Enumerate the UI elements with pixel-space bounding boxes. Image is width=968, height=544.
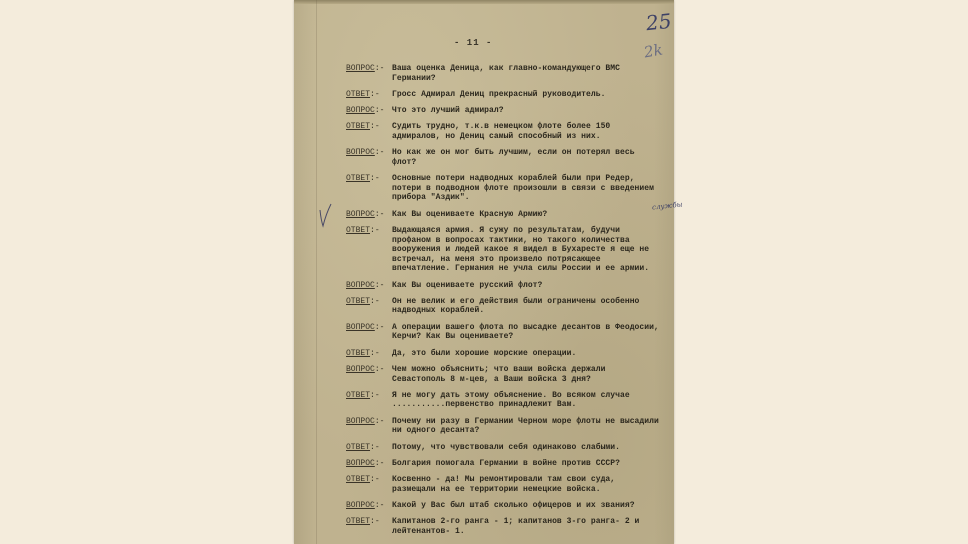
answer-entry: ОТВЕТ:- Потому, что чувствовали себя оди…: [346, 443, 662, 453]
entry-text: Почему ни разу в Германии Черном море фл…: [392, 417, 662, 436]
speaker-label: ВОПРОС:-: [346, 459, 392, 469]
question-entry: ВОПРОС:- А операции вашего флота по выса…: [346, 323, 662, 342]
separator: :-: [370, 391, 380, 400]
speaker-label: ОТВЕТ:-: [346, 174, 392, 203]
separator: :-: [370, 122, 380, 131]
answer-entry: ОТВЕТ:- Основные потери надводных корабл…: [346, 174, 662, 203]
page-edge: [294, 0, 674, 4]
answer-entry: ОТВЕТ:- Косвенно - да! Мы ремонтировали …: [346, 475, 662, 494]
answer-entry: ОТВЕТ:- Я не могу дать этому объяснение.…: [346, 391, 662, 410]
entry-text: А операции вашего флота по высадке десан…: [392, 323, 662, 342]
entry-text: Но как же он мог быть лучшим, если он по…: [392, 148, 662, 167]
separator: :-: [370, 443, 380, 452]
question-entry: ВОПРОС:- Какой у Вас был штаб сколько оф…: [346, 501, 662, 511]
answer-entry: ОТВЕТ:- Судить трудно, т.к.в немецком фл…: [346, 122, 662, 141]
answer-entry: ОТВЕТ:- Капитанов 2-го ранга - 1; капита…: [346, 517, 662, 536]
separator: :-: [375, 365, 385, 374]
speaker-label: ВОПРОС:-: [346, 365, 392, 384]
entry-text: Выдающаяся армия. Я сужу по результатам,…: [392, 226, 662, 274]
speaker-tag: ВОПРОС: [346, 64, 375, 73]
document-page: - 11 - 25 2k службы ВОПРОС:- Ваша оценка…: [294, 0, 674, 544]
separator: :-: [370, 226, 380, 235]
speaker-tag: ОТВЕТ: [346, 297, 370, 306]
separator: :-: [375, 281, 385, 290]
entry-text: Он не велик и его действия были ограниче…: [392, 297, 662, 316]
separator: :-: [375, 210, 385, 219]
question-entry: ВОПРОС:- Как Вы оцениваете русский флот?: [346, 281, 662, 291]
speaker-label: ОТВЕТ:-: [346, 517, 392, 536]
separator: :-: [375, 148, 385, 157]
entry-text: Судить трудно, т.к.в немецком флоте боле…: [392, 122, 662, 141]
speaker-tag: ВОПРОС: [346, 281, 375, 290]
speaker-label: ВОПРОС:-: [346, 210, 392, 220]
speaker-label: ОТВЕТ:-: [346, 443, 392, 453]
speaker-label: ВОПРОС:-: [346, 106, 392, 116]
answer-entry: ОТВЕТ:- Гросс Адмирал Дениц прекрасный р…: [346, 90, 662, 100]
handwritten-folio-sub: 2k: [643, 41, 664, 62]
separator: :-: [375, 501, 385, 510]
speaker-tag: ВОПРОС: [346, 417, 375, 426]
speaker-label: ВОПРОС:-: [346, 148, 392, 167]
speaker-tag: ОТВЕТ: [346, 517, 370, 526]
question-entry: ВОПРОС:- Что это лучший адмирал?: [346, 106, 662, 116]
speaker-tag: ОТВЕТ: [346, 122, 370, 131]
entry-text: Как Вы оцениваете русский флот?: [392, 281, 662, 291]
speaker-label: ВОПРОС:-: [346, 281, 392, 291]
speaker-tag: ОТВЕТ: [346, 349, 370, 358]
interrogation-transcript: ВОПРОС:- Ваша оценка Деница, как главно-…: [346, 64, 662, 543]
entry-text: Что это лучший адмирал?: [392, 106, 662, 116]
question-entry: ВОПРОС:- Ваша оценка Деница, как главно-…: [346, 64, 662, 83]
speaker-tag: ОТВЕТ: [346, 391, 370, 400]
speaker-tag: ВОПРОС: [346, 210, 375, 219]
entry-text: Потому, что чувствовали себя одинаково с…: [392, 443, 662, 453]
separator: :-: [375, 459, 385, 468]
entry-text: Какой у Вас был штаб сколько офицеров и …: [392, 501, 662, 511]
separator: :-: [370, 475, 380, 484]
separator: :-: [375, 417, 385, 426]
separator: :-: [370, 297, 380, 306]
speaker-tag: ВОПРОС: [346, 323, 375, 332]
separator: :-: [370, 174, 380, 183]
speaker-label: ОТВЕТ:-: [346, 391, 392, 410]
question-entry: ВОПРОС:- Чем можно объяснить; что ваши в…: [346, 365, 662, 384]
speaker-tag: ОТВЕТ: [346, 90, 370, 99]
entry-text: Чем можно объяснить; что ваши войска дер…: [392, 365, 662, 384]
entry-text: Как Вы оцениваете Красную Армию?: [392, 210, 662, 220]
entry-text: Гросс Адмирал Дениц прекрасный руководит…: [392, 90, 662, 100]
page-number: - 11 -: [454, 38, 492, 48]
speaker-tag: ВОПРОС: [346, 365, 375, 374]
separator: :-: [370, 517, 380, 526]
separator: :-: [375, 106, 385, 115]
entry-text: Болгария помогала Германии в войне проти…: [392, 459, 662, 469]
separator: :-: [375, 64, 385, 73]
speaker-label: ВОПРОС:-: [346, 501, 392, 511]
speaker-tag: ВОПРОС: [346, 459, 375, 468]
speaker-label: ОТВЕТ:-: [346, 297, 392, 316]
question-entry: ВОПРОС:- Как Вы оцениваете Красную Армию…: [346, 210, 662, 220]
entry-text: Я не могу дать этому объяснение. Во всяк…: [392, 391, 662, 410]
speaker-label: ВОПРОС:-: [346, 64, 392, 83]
margin-fold: [316, 0, 317, 544]
entry-text: Основные потери надводных кораблей были …: [392, 174, 662, 203]
question-entry: ВОПРОС:- Почему ни разу в Германии Черно…: [346, 417, 662, 436]
entry-text: Ваша оценка Деница, как главно-командующ…: [392, 64, 662, 83]
entry-text: Косвенно - да! Мы ремонтировали там свои…: [392, 475, 662, 494]
speaker-tag: ОТВЕТ: [346, 226, 370, 235]
answer-entry: ОТВЕТ:- Выдающаяся армия. Я сужу по резу…: [346, 226, 662, 274]
speaker-label: ВОПРОС:-: [346, 417, 392, 436]
speaker-label: ВОПРОС:-: [346, 323, 392, 342]
speaker-label: ОТВЕТ:-: [346, 122, 392, 141]
answer-entry: ОТВЕТ:- Он не велик и его действия были …: [346, 297, 662, 316]
speaker-tag: ВОПРОС: [346, 106, 375, 115]
speaker-label: ОТВЕТ:-: [346, 349, 392, 359]
separator: :-: [370, 90, 380, 99]
separator: :-: [370, 349, 380, 358]
speaker-tag: ВОПРОС: [346, 148, 375, 157]
speaker-tag: ОТВЕТ: [346, 443, 370, 452]
speaker-label: ОТВЕТ:-: [346, 226, 392, 274]
separator: :-: [375, 323, 385, 332]
speaker-tag: ОТВЕТ: [346, 475, 370, 484]
speaker-label: ОТВЕТ:-: [346, 475, 392, 494]
entry-text: Да, это были хорошие морские операции.: [392, 349, 662, 359]
answer-entry: ОТВЕТ:- Да, это были хорошие морские опе…: [346, 349, 662, 359]
handwritten-folio-number: 25: [645, 9, 673, 36]
entry-text: Капитанов 2-го ранга - 1; капитанов 3-го…: [392, 517, 662, 536]
question-entry: ВОПРОС:- Но как же он мог быть лучшим, е…: [346, 148, 662, 167]
check-mark-icon: [318, 202, 332, 228]
speaker-tag: ВОПРОС: [346, 501, 375, 510]
speaker-tag: ОТВЕТ: [346, 174, 370, 183]
question-entry: ВОПРОС:- Болгария помогала Германии в во…: [346, 459, 662, 469]
speaker-label: ОТВЕТ:-: [346, 90, 392, 100]
